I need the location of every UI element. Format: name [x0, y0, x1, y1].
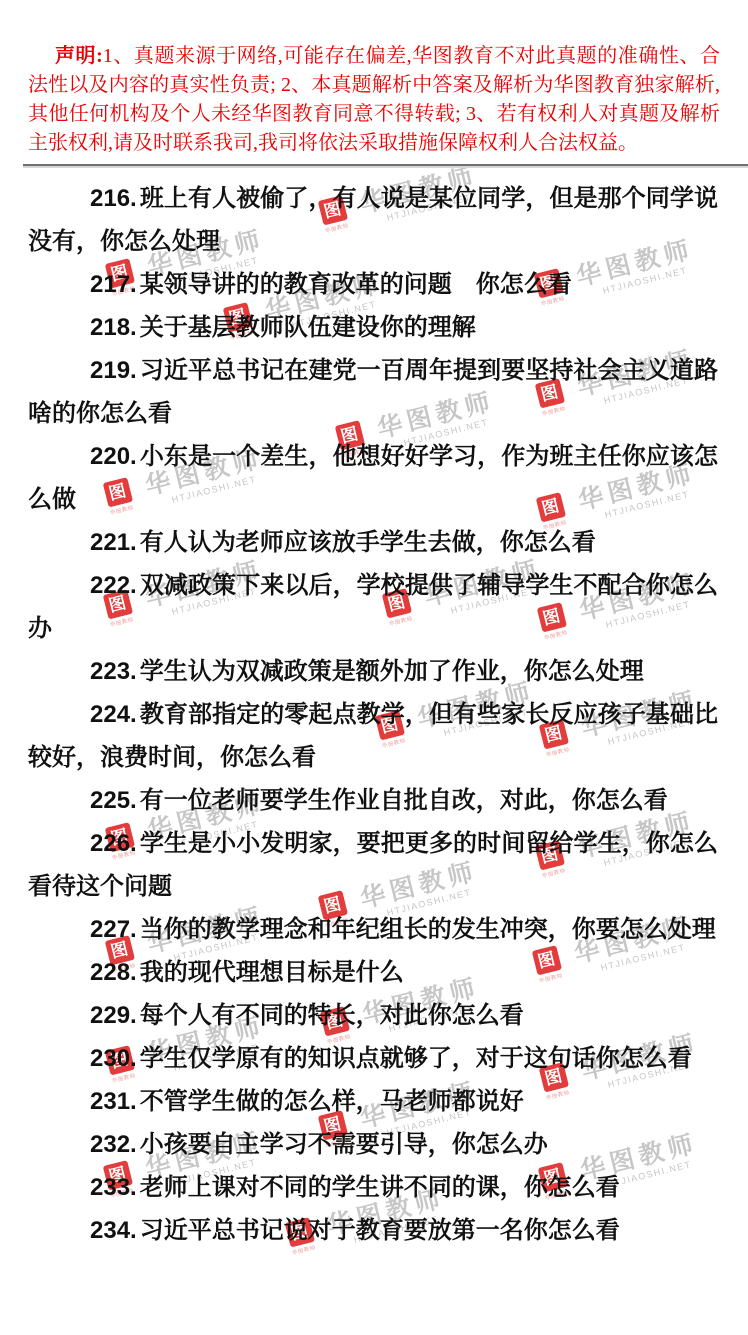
question-text: 关于基层教师队伍建设你的理解: [140, 314, 476, 341]
question-item: 225.有一位老师要学生作业自批自改，对此，你怎么看: [28, 779, 718, 822]
disclaimer-label: 声明:: [55, 45, 103, 67]
question-number: 229.: [90, 1002, 137, 1029]
question-item: 221.有人认为老师应该放手学生去做，你怎么看: [28, 521, 718, 564]
question-number: 225.: [90, 787, 137, 814]
question-item: 220.小东是一个差生，他想好好学习，作为班主任你应该怎么做: [28, 435, 718, 521]
document-page: 图华图教师华图教师HTJIAOSHI.NET图华图教师华图教师HTJIAOSHI…: [0, 0, 748, 1335]
divider-line: [23, 164, 748, 168]
question-number: 218.: [90, 314, 137, 341]
question-number: 223.: [90, 658, 137, 685]
question-text: 有人认为老师应该放手学生去做，你怎么看: [140, 529, 596, 556]
question-text: 小孩要自主学习不需要引导，你怎么办: [140, 1131, 548, 1158]
question-item: 219.习近平总书记在建党一百周年提到要坚持社会主义道路啥的你怎么看: [28, 349, 718, 435]
question-item: 217.某领导讲的的教育改革的问题 你怎么看: [28, 263, 718, 306]
question-number: 232.: [90, 1131, 137, 1158]
question-number: 231.: [90, 1088, 137, 1115]
question-number: 233.: [90, 1174, 137, 1201]
question-item: 216.班上有人被偷了，有人说是某位同学，但是那个同学说没有，你怎么处理: [28, 177, 718, 263]
question-text: 不管学生做的怎么样，马老师都说好: [140, 1088, 524, 1115]
question-item: 218.关于基层教师队伍建设你的理解: [28, 306, 718, 349]
question-text: 当你的教学理念和年纪组长的发生冲突，你要怎么处理: [140, 916, 716, 943]
question-text: 某领导讲的的教育改革的问题 你怎么看: [140, 271, 572, 298]
disclaimer-text: 1、真题来源于网络,可能存在偏差,华图教育不对此真题的准确性、合法性以及内容的真…: [28, 45, 720, 154]
question-number: 222.: [90, 572, 137, 599]
question-item: 234.习近平总书记说对于教育要放第一名你怎么看: [28, 1209, 718, 1252]
question-text: 每个人有不同的特长，对此你怎么看: [140, 1002, 524, 1029]
question-item: 229.每个人有不同的特长，对此你怎么看: [28, 994, 718, 1037]
question-item: 223.学生认为双减政策是额外加了作业，你怎么处理: [28, 650, 718, 693]
question-text: 习近平总书记说对于教育要放第一名你怎么看: [140, 1217, 620, 1244]
question-item: 232.小孩要自主学习不需要引导，你怎么办: [28, 1123, 718, 1166]
question-number: 216.: [90, 185, 137, 212]
question-item: 226.学生是小小发明家，要把更多的时间留给学生，你怎么看待这个问题: [28, 822, 718, 908]
question-number: 227.: [90, 916, 137, 943]
question-text: 老师上课对不同的学生讲不同的课，你怎么看: [140, 1174, 620, 1201]
question-item: 224.教育部指定的零起点教学，但有些家长反应孩子基础比较好，浪费时间，你怎么看: [28, 693, 718, 779]
question-item: 228.我的现代理想目标是什么: [28, 951, 718, 994]
question-number: 221.: [90, 529, 137, 556]
question-text: 我的现代理想目标是什么: [140, 959, 404, 986]
question-text: 有一位老师要学生作业自批自改，对此，你怎么看: [140, 787, 668, 814]
question-item: 227.当你的教学理念和年纪组长的发生冲突，你要怎么处理: [28, 908, 718, 951]
question-text: 学生仅学原有的知识点就够了，对于这句话你怎么看: [140, 1045, 692, 1072]
question-number: 219.: [90, 357, 137, 384]
question-item: 222.双减政策下来以后，学校提供了辅导学生不配合你怎么办: [28, 564, 718, 650]
question-item: 233.老师上课对不同的学生讲不同的课，你怎么看: [28, 1166, 718, 1209]
question-number: 230.: [90, 1045, 137, 1072]
question-number: 217.: [90, 271, 137, 298]
question-item: 230.学生仅学原有的知识点就够了，对于这句话你怎么看: [28, 1037, 718, 1080]
question-number: 228.: [90, 959, 137, 986]
question-number: 226.: [90, 830, 137, 857]
question-item: 231.不管学生做的怎么样，马老师都说好: [28, 1080, 718, 1123]
question-number: 224.: [90, 701, 137, 728]
disclaimer: 声明:1、真题来源于网络,可能存在偏差,华图教育不对此真题的准确性、合法性以及内…: [0, 0, 748, 158]
question-number: 234.: [90, 1217, 137, 1244]
question-list: 216.班上有人被偷了，有人说是某位同学，但是那个同学说没有，你怎么处理217.…: [0, 177, 748, 1252]
question-number: 220.: [90, 443, 137, 470]
question-text: 学生认为双减政策是额外加了作业，你怎么处理: [140, 658, 644, 685]
document-content: 声明:1、真题来源于网络,可能存在偏差,华图教育不对此真题的准确性、合法性以及内…: [0, 0, 748, 1252]
